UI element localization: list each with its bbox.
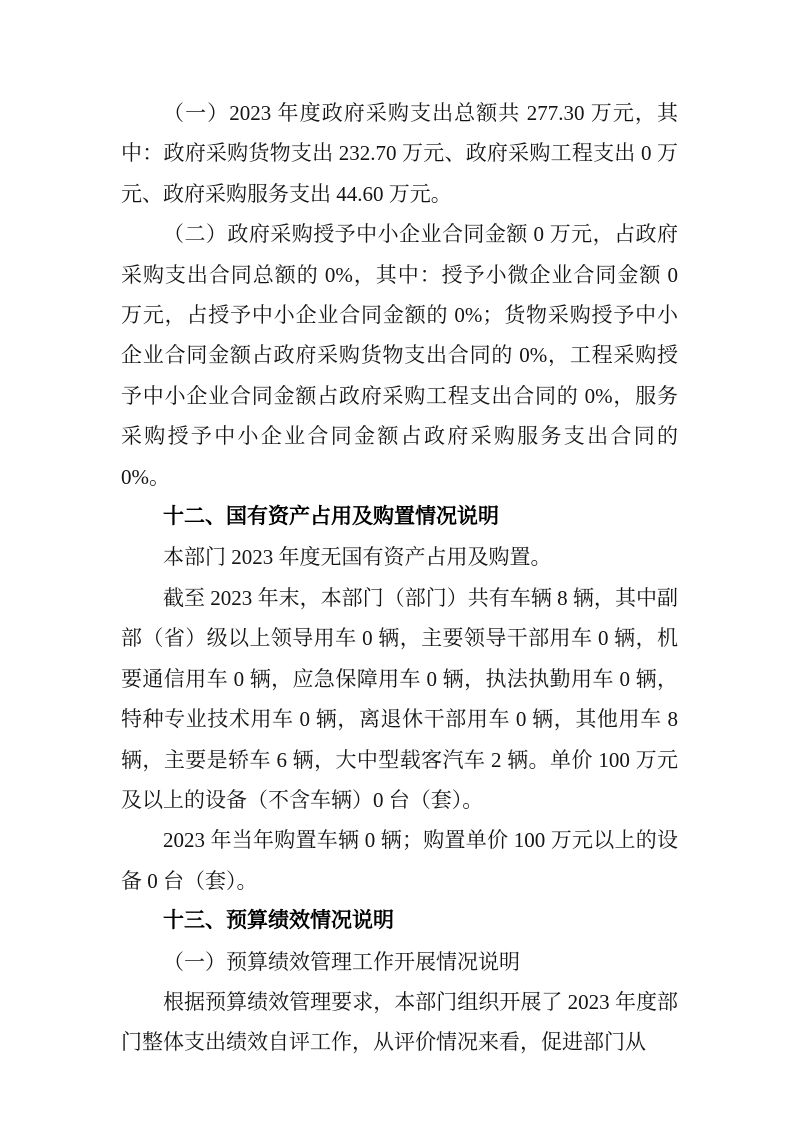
paragraph: （一）2023 年度政府采购支出总额共 277.30 万元，其中：政府采购货物支… <box>121 93 678 214</box>
paragraph: （一）预算绩效管理工作开展情况说明 <box>121 942 678 982</box>
paragraph: 根据预算绩效管理要求，本部门组织开展了 2023 年度部门整体支出绩效自评工作，… <box>121 982 678 1063</box>
section-heading: 十二、国有资产占用及购置情况说明 <box>121 497 678 537</box>
paragraph: （二）政府采购授予中小企业合同金额 0 万元，占政府采购支出合同总额的 0%，其… <box>121 214 678 497</box>
section-heading: 十三、预算绩效情况说明 <box>121 901 678 941</box>
paragraph: 本部门 2023 年度无国有资产占用及购置。 <box>121 537 678 577</box>
document-body: （一）2023 年度政府采购支出总额共 277.30 万元，其中：政府采购货物支… <box>121 93 678 1063</box>
paragraph: 截至 2023 年末，本部门（部门）共有车辆 8 辆，其中副部（省）级以上领导用… <box>121 578 678 820</box>
paragraph: 2023 年当年购置车辆 0 辆；购置单价 100 万元以上的设备 0 台（套）… <box>121 820 678 901</box>
document-page: （一）2023 年度政府采购支出总额共 277.30 万元，其中：政府采购货物支… <box>0 0 793 1122</box>
